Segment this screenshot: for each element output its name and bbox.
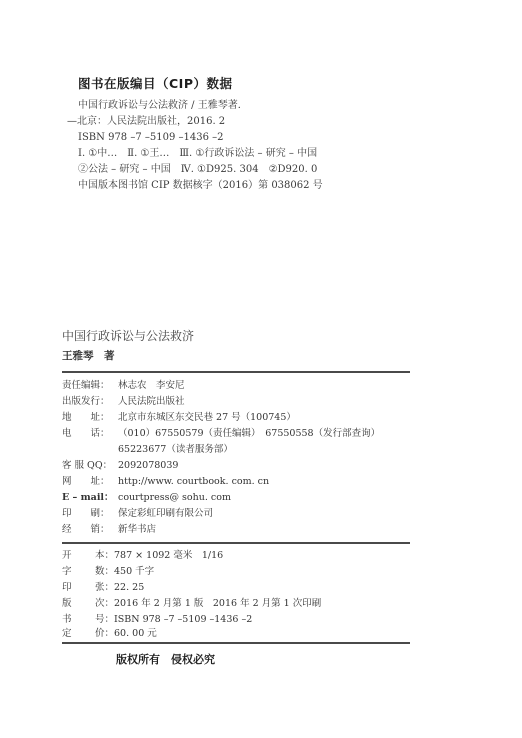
- info-row-address: 地 址：北京市东城区东交民巷 27 号（100745）: [62, 412, 296, 424]
- book-author: 王雅琴 著: [62, 348, 115, 363]
- spec-row-edition: 版次：2016 年 2 月第 1 版 2016 年 2 月第 1 次印刷: [62, 598, 321, 610]
- info-row-phone-2: 65223677（读者服务部）: [62, 444, 233, 456]
- info-row-printer: 印 刷：保定彩虹印刷有限公司: [62, 508, 213, 520]
- cip-line: 中国行政诉讼与公法救济 / 王雅琴著．: [78, 100, 248, 112]
- spec-row-format: 开本：787 × 1092 毫米 1/16: [62, 550, 223, 562]
- cip-heading: 图书在版编目（CIP）数据: [78, 74, 233, 92]
- spec-row-sheets: 印张：22. 25: [62, 582, 144, 594]
- divider-top: [62, 371, 410, 373]
- info-row-distributor: 经 销：新华书店: [62, 524, 156, 536]
- cip-line: 中国版本图书馆 CIP 数据核字（2016）第 038062 号: [78, 180, 323, 192]
- info-row-phone: 电 话：（010）67550579（责任编辑） 67550558（发行部查询）: [62, 428, 380, 440]
- info-row-qq: 客 服 QQ：2092078039: [62, 460, 178, 472]
- cip-line: ②公法 – 研究 – 中国 Ⅳ. ①D925. 304 ②D920. 0: [78, 164, 317, 176]
- divider-middle: [62, 542, 410, 544]
- divider-bottom: [62, 642, 410, 644]
- info-row-email: E – mail：courtpress@ sohu. com: [62, 492, 231, 504]
- spec-row-price: 定价：60. 00 元: [62, 628, 157, 640]
- spec-row-isbn: 书号：ISBN 978 –7 –5109 –1436 –2: [62, 614, 252, 626]
- copyright-notice: 版权所有 侵权必究: [116, 651, 215, 667]
- info-row-editor: 责任编辑：林志农 李安尼: [62, 380, 185, 392]
- info-row-website: 网 址：http://www. courtbook. com. cn: [62, 476, 269, 488]
- info-row-publisher: 出版发行：人民法院出版社: [62, 396, 185, 408]
- email-address: courtpress@ sohu. com: [118, 492, 231, 503]
- spec-row-word-count: 字数：450 千字: [62, 566, 154, 578]
- website-link: http://www. courtbook. com. cn: [118, 476, 269, 487]
- cip-line: Ⅰ. ①中… Ⅱ. ①王… Ⅲ. ①行政诉讼法 – 研究 – 中国: [78, 148, 317, 160]
- book-title: 中国行政诉讼与公法救济: [62, 327, 194, 344]
- cip-line: ISBN 978 –7 –5109 –1436 –2: [78, 132, 224, 144]
- cip-line: —北京：人民法院出版社，2016. 2: [67, 116, 225, 128]
